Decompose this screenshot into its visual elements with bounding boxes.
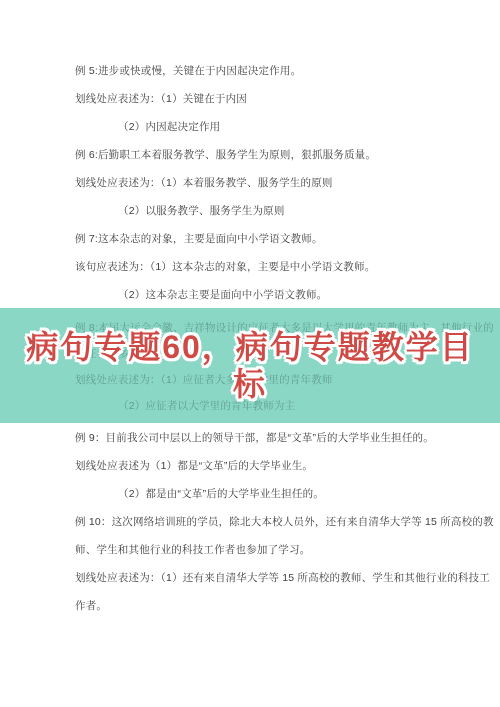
section-after-band: 例 9：目前我公司中层以上的领导干部，都是“文革”后的大学毕业生担任的。 划线处… [0, 423, 500, 619]
page: { "overlay": { "line1": "病句专题60，病句专题教学目"… [0, 0, 500, 707]
document-body: 例 5:进步或快或慢，关键在于内因起决定作用。 划线处应表述为：（1）关键在于内… [0, 0, 500, 619]
doc-line: （2）应征者以大学里的青年教师为主 [0, 392, 500, 418]
doc-line: 作者。 [0, 591, 500, 619]
doc-line: 例 8:本届大运会会徽、吉祥物设计的应征者大多是以大学里的青年教师为主，其他行业… [0, 314, 500, 340]
doc-line: 例 5:进步或快或慢，关键在于内因起决定作用。 [0, 56, 500, 84]
highlight-band: 例 8:本届大运会会徽、吉祥物设计的应征者大多是以大学里的青年教师为主，其他行业… [0, 308, 500, 423]
doc-line: 划线处应表述为（1）都是“文革”后的大学毕业生。 [0, 451, 500, 479]
doc-line: 划线处应表述为：（1）应征者大多是大学里的青年教师 [0, 366, 500, 392]
doc-line: （2）内因起决定作用 [0, 112, 500, 140]
doc-line: 例 9：目前我公司中层以上的领导干部，都是“文革”后的大学毕业生担任的。 [0, 423, 500, 451]
doc-line: 例 6:后勤职工本着服务教学、服务学生为原则，狠抓服务质量。 [0, 140, 500, 168]
doc-line: 例 7:这本杂志的对象，主要是面向中小学语文教师。 [0, 224, 500, 252]
doc-line: 该句应表述为：（1）这本杂志的对象，主要是中小学语文教师。 [0, 252, 500, 280]
doc-line: （2）这本杂志主要是面向中小学语文教师。 [0, 280, 500, 308]
doc-line: 划线处应表述为：（1）关键在于内因 [0, 84, 500, 112]
doc-line: 划线处应表述为：（1）本着服务教学、服务学生的原则 [0, 168, 500, 196]
doc-line: 划线处应表述为：（1）还有来自清华大学等 15 所高校的教师、学生和其他行业的科… [0, 563, 500, 591]
doc-line: （2）以服务教学、服务学生为原则 [0, 196, 500, 224]
doc-line: 应征者不多。 [0, 340, 500, 366]
doc-line: 例 10：这次网络培训班的学员，除北大本校人员外，还有来自清华大学等 15 所高… [0, 507, 500, 535]
doc-line: （2）都是由“文革”后的大学毕业生担任的。 [0, 479, 500, 507]
section-before-band: 例 5:进步或快或慢，关键在于内因起决定作用。 划线处应表述为：（1）关键在于内… [0, 0, 500, 308]
doc-line: 师、学生和其他行业的科技工作者也参加了学习。 [0, 535, 500, 563]
